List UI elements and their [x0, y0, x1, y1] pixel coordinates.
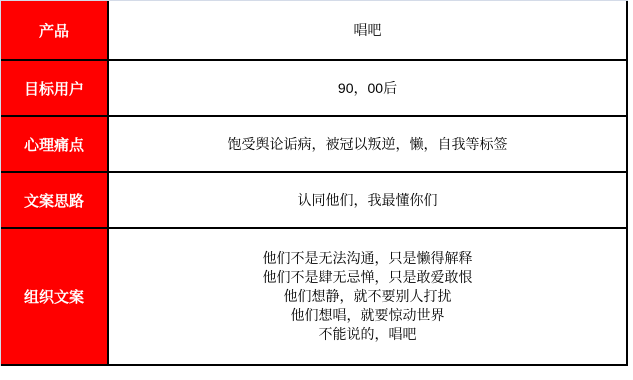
- row-value-product-text: 唱吧: [354, 20, 382, 40]
- copy-line: 不能说的，唱吧: [319, 325, 417, 344]
- row-value-product: 唱吧: [109, 1, 628, 61]
- row-value-copy-idea-text: 认同他们，我最懂你们: [298, 190, 438, 210]
- row-value-target-users: 90，00后: [109, 61, 628, 117]
- copywriting-brief-table: 产品 唱吧 目标用户 90，00后 心理痛点 饱受舆论诟病，被冠以叛逆，懒，自我…: [0, 0, 628, 366]
- copy-line: 他们想静，就不要别人打扰: [284, 287, 452, 306]
- row-value-copy-idea: 认同他们，我最懂你们: [109, 173, 628, 229]
- row-header-pain-points-label: 心理痛点: [24, 134, 84, 155]
- row-value-target-users-text: 90，00后: [338, 78, 397, 98]
- row-value-pain-points: 饱受舆论诟病，被冠以叛逆，懒，自我等标签: [109, 117, 628, 173]
- row-header-organized-copy: 组织文案: [1, 229, 109, 366]
- row-header-organized-copy-label: 组织文案: [24, 286, 84, 307]
- row-value-organized-copy: 他们不是无法沟通，只是懒得解释 他们不是肆无忌惮，只是敢爱敢恨 他们想静，就不要…: [109, 229, 628, 366]
- row-header-target-users-label: 目标用户: [24, 78, 84, 99]
- row-header-pain-points: 心理痛点: [1, 117, 109, 173]
- row-value-pain-points-text: 饱受舆论诟病，被冠以叛逆，懒，自我等标签: [228, 134, 508, 154]
- copy-line: 他们想唱，就要惊动世界: [291, 306, 445, 325]
- copy-line: 他们不是无法沟通，只是懒得解释: [263, 249, 473, 268]
- row-header-copy-idea-label: 文案思路: [24, 190, 84, 211]
- row-header-product: 产品: [1, 1, 109, 61]
- organized-copy-lines: 他们不是无法沟通，只是懒得解释 他们不是肆无忌惮，只是敢爱敢恨 他们想静，就不要…: [263, 249, 473, 344]
- row-header-copy-idea: 文案思路: [1, 173, 109, 229]
- row-header-product-label: 产品: [39, 20, 69, 41]
- copywriting-brief-table-page: 产品 唱吧 目标用户 90，00后 心理痛点 饱受舆论诟病，被冠以叛逆，懒，自我…: [0, 0, 633, 380]
- row-header-target-users: 目标用户: [1, 61, 109, 117]
- copy-line: 他们不是肆无忌惮，只是敢爱敢恨: [263, 268, 473, 287]
